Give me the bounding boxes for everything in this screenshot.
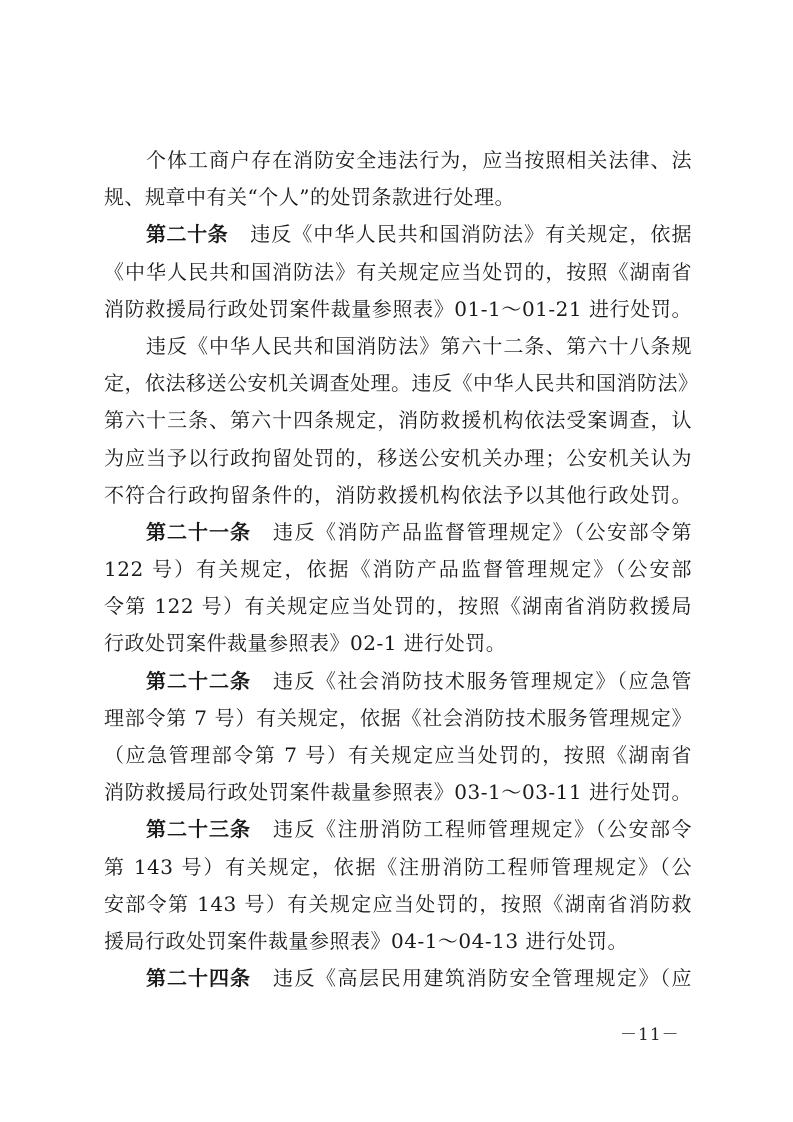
document-body: 个体工商户存在消防安全违法行为，应当按照相关法律、法 规、规章中有关“个人”的处… [104,142,692,997]
text-line: 第二十四条违反《高层民用建筑消防安全管理规定》（应 [104,960,692,997]
article-number: 第二十三条 [146,817,251,841]
text-line: 第二十条违反《中华人民共和国消防法》有关规定，依据 [104,216,692,253]
paragraph-article-21: 第二十一条违反《消防产品监督管理规定》（公安部令第 122 号）有关规定，依据《… [104,514,692,663]
page-number: －11－ [620,1020,680,1045]
text-segment: 违反《中华人民共和国消防法》有关规定，依据 [250,222,692,246]
text-segment: 违反《注册消防工程师管理规定》（公安部令 [273,817,692,841]
text-line: 定，依法移送公安机关调查处理。违反《中华人民共和国消防法》 [104,365,692,402]
text-line: 援局行政处罚案件裁量参照表》04-1～04-13 进行处罚。 [104,923,692,960]
text-line: 第六十三条、第六十四条规定，消防救援机构依法受案调查，认 [104,402,692,439]
text-line: 违反《中华人民共和国消防法》第六十二条、第六十八条规 [104,328,692,365]
article-number: 第二十一条 [146,520,251,544]
text-line: 122 号）有关规定，依据《消防产品监督管理规定》（公安部 [104,551,692,588]
text-line: 规、规章中有关“个人”的处罚条款进行处理。 [104,179,692,216]
text-line: 第二十一条违反《消防产品监督管理规定》（公安部令第 [104,514,692,551]
text-line: 第二十三条违反《注册消防工程师管理规定》（公安部令 [104,811,692,848]
text-line: 理部令第 7 号）有关规定，依据《社会消防技术服务管理规定》 [104,700,692,737]
document-page: 个体工商户存在消防安全违法行为，应当按照相关法律、法 规、规章中有关“个人”的处… [0,0,793,1122]
text-segment: 违反《社会消防技术服务管理规定》（应急管 [273,669,692,693]
paragraph-transfer-to-police: 违反《中华人民共和国消防法》第六十二条、第六十八条规 定，依法移送公安机关调查处… [104,328,692,514]
text-line: 《中华人民共和国消防法》有关规定应当处罚的，按照《湖南省 [104,254,692,291]
article-number: 第二十四条 [146,966,251,990]
text-line: （应急管理部令第 7 号）有关规定应当处罚的，按照《湖南省 [104,737,692,774]
text-line: 第二十二条违反《社会消防技术服务管理规定》（应急管 [104,663,692,700]
text-line: 个体工商户存在消防安全违法行为，应当按照相关法律、法 [104,142,692,179]
text-segment: 违反《高层民用建筑消防安全管理规定》（应 [273,966,692,990]
text-line: 不符合行政拘留条件的，消防救援机构依法予以其他行政处罚。 [104,477,692,514]
paragraph-article-24: 第二十四条违反《高层民用建筑消防安全管理规定》（应 [104,960,692,997]
text-line: 消防救援局行政处罚案件裁量参照表》03-1～03-11 进行处罚。 [104,774,692,811]
paragraph-article-22: 第二十二条违反《社会消防技术服务管理规定》（应急管 理部令第 7 号）有关规定，… [104,663,692,812]
text-line: 为应当予以行政拘留处罚的，移送公安机关办理；公安机关认为 [104,440,692,477]
paragraph-article-20: 第二十条违反《中华人民共和国消防法》有关规定，依据 《中华人民共和国消防法》有关… [104,216,692,328]
article-number: 第二十二条 [146,669,251,693]
text-line: 行政处罚案件裁量参照表》02-1 进行处罚。 [104,625,692,662]
article-number: 第二十条 [146,222,228,246]
text-line: 消防救援局行政处罚案件裁量参照表》01-1～01-21 进行处罚。 [104,291,692,328]
text-line: 安部令第 143 号）有关规定应当处罚的，按照《湖南省消防救 [104,886,692,923]
paragraph-article-23: 第二十三条违反《注册消防工程师管理规定》（公安部令 第 143 号）有关规定，依… [104,811,692,960]
text-segment: 违反《消防产品监督管理规定》（公安部令第 [273,520,692,544]
text-line: 第 143 号）有关规定，依据《注册消防工程师管理规定》（公 [104,849,692,886]
paragraph-individual-business: 个体工商户存在消防安全违法行为，应当按照相关法律、法 规、规章中有关“个人”的处… [104,142,692,216]
text-line: 令第 122 号）有关规定应当处罚的，按照《湖南省消防救援局 [104,588,692,625]
